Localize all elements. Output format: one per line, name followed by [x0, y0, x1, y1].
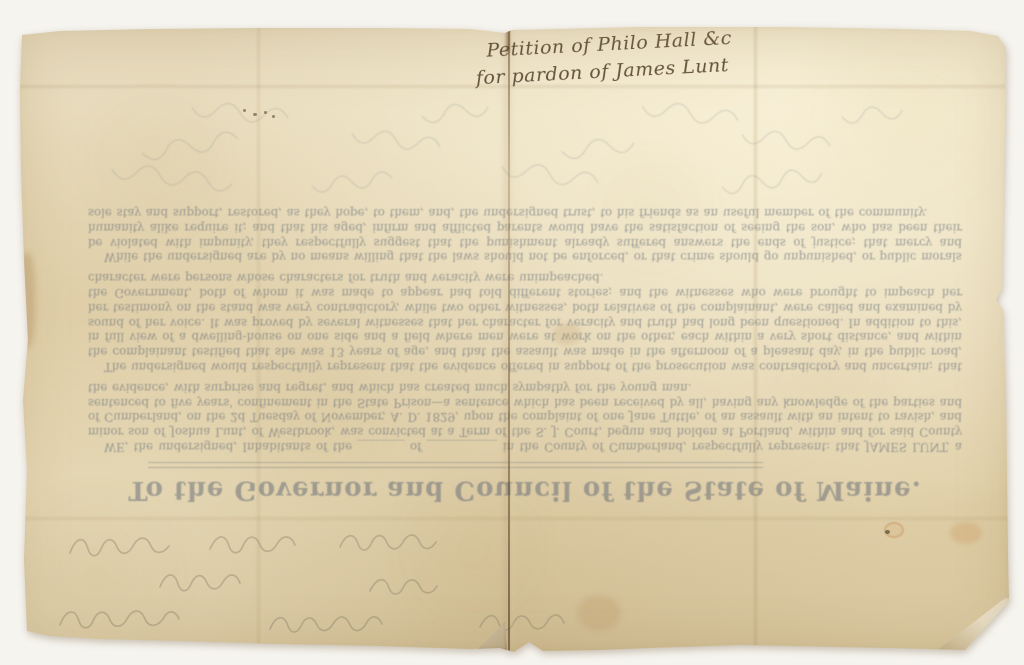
bleedthrough-paragraph-3: While the undersigned are by no means wi…: [88, 205, 962, 264]
stain-blot-bottom-center: [577, 595, 621, 631]
lower-horizontal-crease: [17, 517, 1009, 520]
bleedthrough-heading: To the Governor and Council of the State…: [82, 475, 968, 505]
signature-ghosts-svg: [82, 99, 968, 199]
stain-left-edge: [19, 253, 35, 348]
paper-sheet: To the Governor and Council of the State…: [17, 25, 1009, 652]
bleedthrough-print-block: To the Governor and Council of the State…: [82, 58, 968, 510]
stain-ring: [884, 522, 904, 538]
corner-dogear-flap: [935, 595, 1009, 652]
document-scan-canvas: To the Governor and Council of the State…: [0, 0, 1024, 665]
bleedthrough-double-rule: [148, 462, 763, 468]
ink-speck: [885, 530, 890, 534]
bleedthrough-paragraph-1: WE, the undersigned, Inhabitants of the …: [88, 380, 962, 454]
crease-bottom-tear-flap: [477, 622, 507, 650]
paper-sheet-wrapper: To the Governor and Council of the State…: [17, 25, 1009, 652]
stain-blot-right: [950, 522, 982, 544]
bottom-ghost-handwriting-svg: [40, 525, 680, 650]
bleedthrough-paragraph-2: The undersigned would respectfully repre…: [88, 270, 962, 374]
